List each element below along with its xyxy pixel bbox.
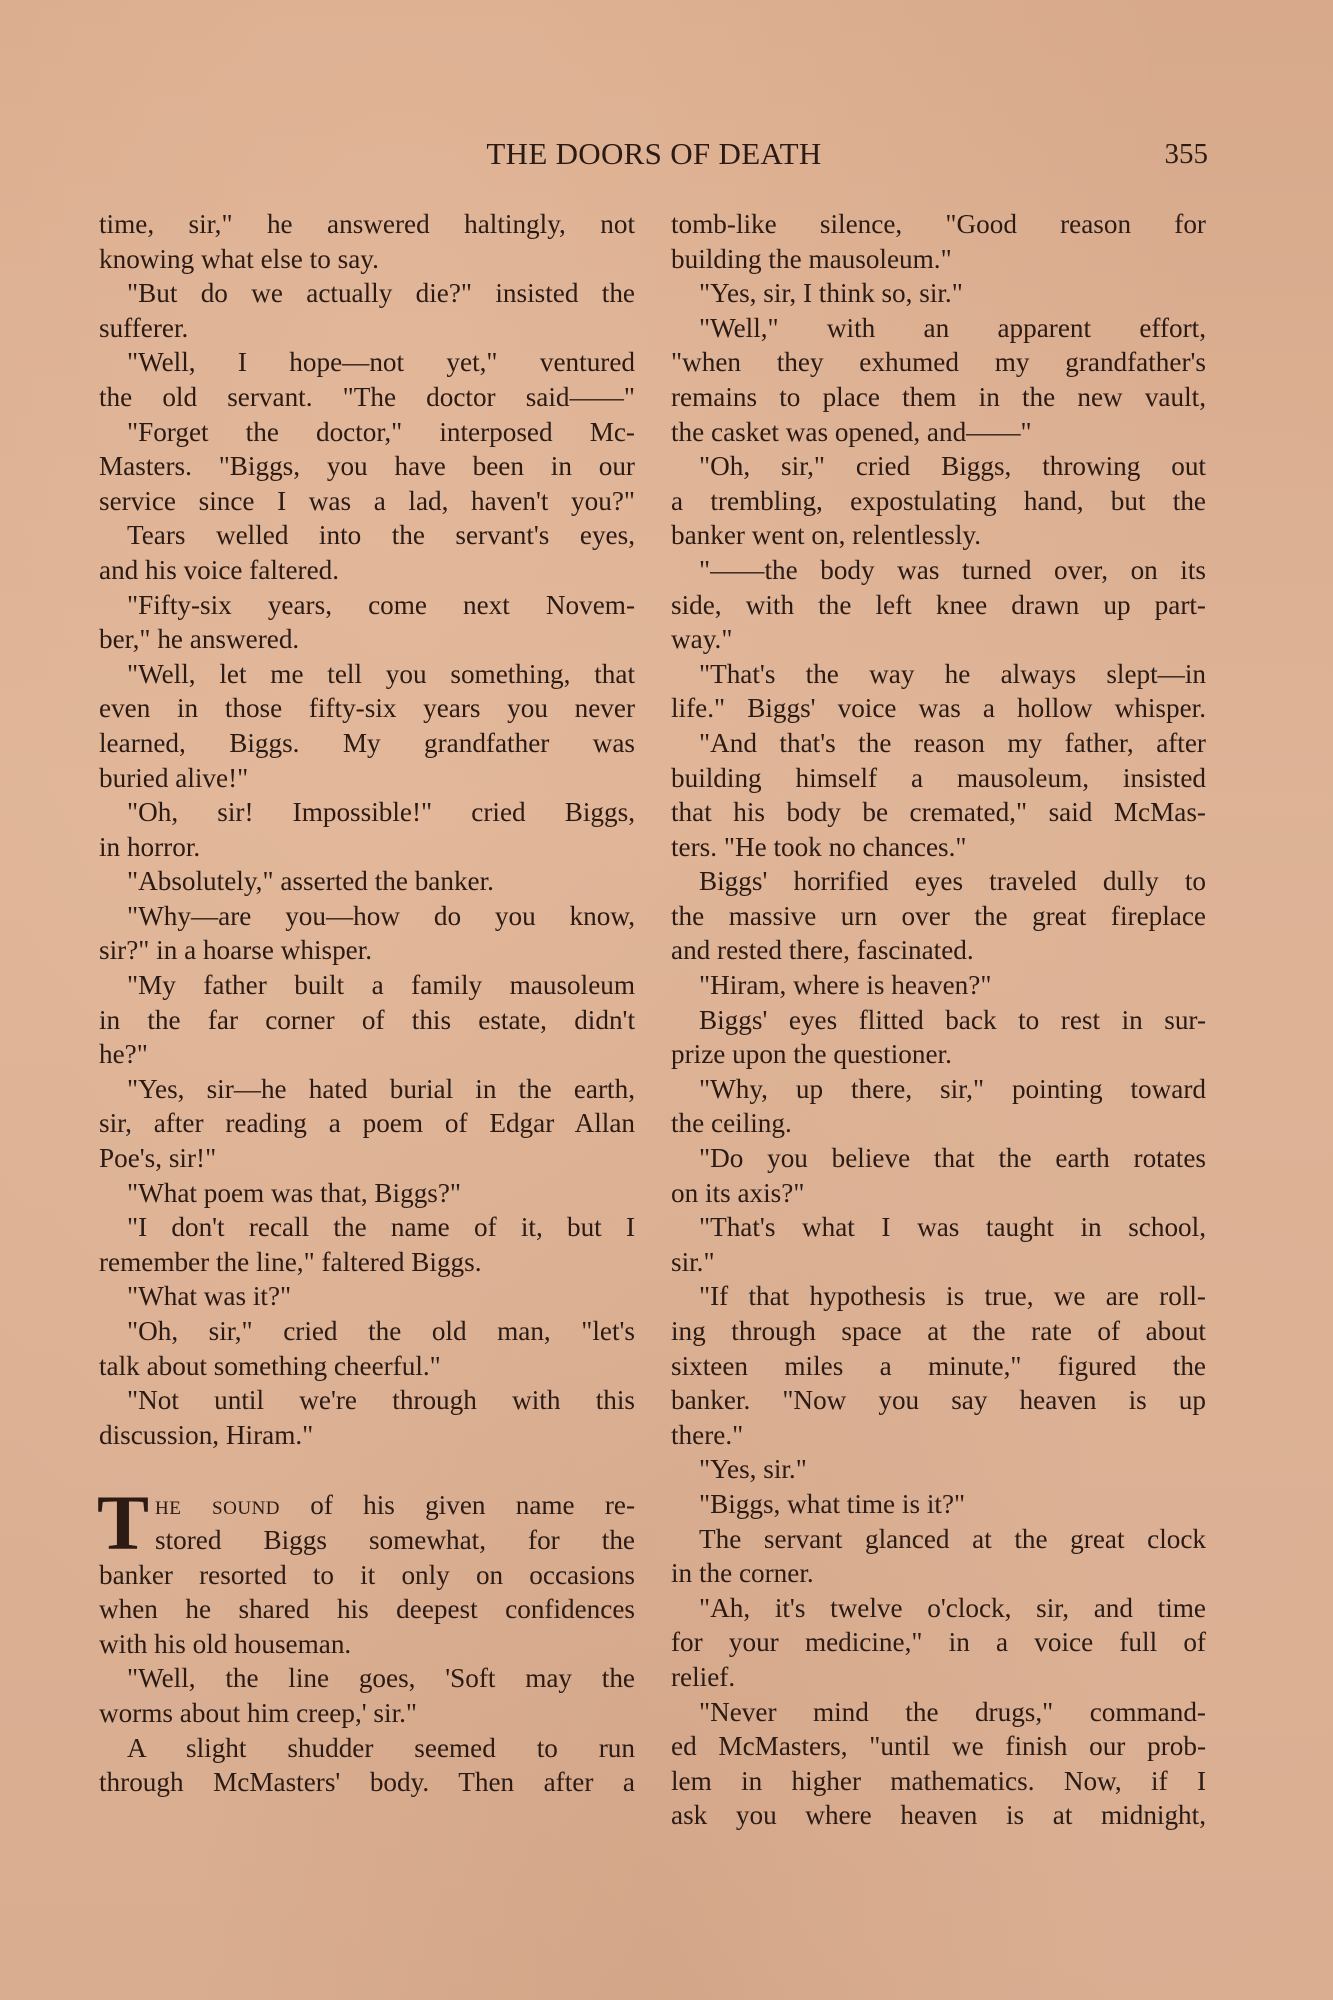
text-line: the casket was opened, and——" [671, 415, 1206, 450]
text-line: "Oh, sir! Impossible!" cried Biggs, [99, 795, 635, 830]
text-line: relief. [671, 1660, 1206, 1695]
text-line: sir." [671, 1245, 1206, 1280]
text-line: "Fifty-six years, come next Novem- [99, 588, 635, 623]
text-line: "Well, I hope—not yet," ventured [99, 345, 635, 380]
text-line: with his old houseman. [99, 1627, 635, 1662]
text-line: remember the line," faltered Biggs. [99, 1245, 635, 1280]
text-line: banker went on, relentlessly. [671, 518, 1206, 553]
text-line: ask you where heaven is at midnight, [671, 1798, 1206, 1833]
text-line: he?" [99, 1037, 635, 1072]
text-line: "Absolutely," asserted the banker. [99, 864, 635, 899]
text-line: "Well," with an apparent effort, [671, 311, 1206, 346]
text-line: building the mausoleum." [671, 242, 1206, 277]
text-line: "Hiram, where is heaven?" [671, 968, 1206, 1003]
text-line: Biggs' eyes flitted back to rest in sur- [671, 1003, 1206, 1038]
text-line: "But do we actually die?" insisted the [99, 276, 635, 311]
text-line: building himself a mausoleum, insisted [671, 761, 1206, 796]
text-line: ed McMasters, "until we finish our prob- [671, 1729, 1206, 1764]
text-line: prize upon the questioner. [671, 1037, 1206, 1072]
text-line: on its axis?" [671, 1176, 1206, 1211]
text-line: "That's what I was taught in school, [671, 1210, 1206, 1245]
text-line: "If that hypothesis is true, we are roll… [671, 1279, 1206, 1314]
text-line: "My father built a family mausoleum [99, 968, 635, 1003]
text-line: sir, after reading a poem of Edgar Allan [99, 1106, 635, 1141]
text-line: Tears welled into the servant's eyes, [99, 518, 635, 553]
text-line: "Yes, sir—he hated burial in the earth, [99, 1072, 635, 1107]
text-line: the ceiling. [671, 1106, 1206, 1141]
text-line: side, with the left knee drawn up part- [671, 588, 1206, 623]
section-opening: T he sound of his given name re- stored … [99, 1488, 635, 1799]
right-column: tomb-like silence, "Good reason for buil… [671, 207, 1206, 1833]
first-line-rest: of his given name re- [310, 1490, 635, 1520]
text-line: talk about something cheerful." [99, 1349, 635, 1384]
text-line: even in those fifty-six years you never [99, 691, 635, 726]
drop-cap: T [97, 1490, 149, 1556]
text-line: sixteen miles a minute," figured the [671, 1349, 1206, 1384]
text-line: ing through space at the rate of about [671, 1314, 1206, 1349]
text-line: The servant glanced at the great clock [671, 1522, 1206, 1557]
text-line: time, sir," he answered haltingly, not [99, 207, 635, 242]
text-line: "I don't recall the name of it, but I [99, 1210, 635, 1245]
text-line: a trembling, expostulating hand, but the [671, 484, 1206, 519]
text-line: "——the body was turned over, on its [671, 553, 1206, 588]
text-line: "Do you believe that the earth rotates [671, 1141, 1206, 1176]
text-line: in the corner. [671, 1556, 1206, 1591]
text-line: "when they exhumed my grandfather's [671, 345, 1206, 380]
text-line: Poe's, sir!" [99, 1141, 635, 1176]
text-line: tomb-like silence, "Good reason for [671, 207, 1206, 242]
text-line: there." [671, 1418, 1206, 1453]
text-line: "What poem was that, Biggs?" [99, 1176, 635, 1211]
text-line: ters. "He took no chances." [671, 830, 1206, 865]
text-line: discussion, Hiram." [99, 1418, 635, 1453]
text-line: when he shared his deepest confidences [99, 1592, 635, 1627]
text-line: "Yes, sir." [671, 1452, 1206, 1487]
text-line: "Yes, sir, I think so, sir." [671, 276, 1206, 311]
text-line: "Biggs, what time is it?" [671, 1487, 1206, 1522]
text-line: that his body be cremated," said McMas- [671, 795, 1206, 830]
text-line: Biggs' horrified eyes traveled dully to [671, 864, 1206, 899]
text-line: knowing what else to say. [99, 242, 635, 277]
text-line: the old servant. "The doctor said——" [99, 380, 635, 415]
text-line: for your medicine," in a voice full of [671, 1625, 1206, 1660]
running-head: THE DOORS OF DEATH 355 [100, 136, 1208, 176]
text-line: "Well, let me tell you something, that [99, 657, 635, 692]
text-line: sufferer. [99, 311, 635, 346]
page-number: 355 [1165, 138, 1209, 171]
text-line: way." [671, 622, 1206, 657]
section-break [99, 1452, 635, 1488]
text-line: the massive urn over the great fireplace [671, 899, 1206, 934]
text-line: "That's the way he always slept—in [671, 657, 1206, 692]
text-line: "And that's the reason my father, after [671, 726, 1206, 761]
text-line: sir?" in a hoarse whisper. [99, 933, 635, 968]
text-line: "Well, the line goes, 'Soft may the [99, 1661, 635, 1696]
text-line: worms about him creep,' sir." [99, 1696, 635, 1731]
text-line: banker resorted to it only on occasions [99, 1558, 635, 1593]
text-line: "Oh, sir," cried the old man, "let's [99, 1314, 635, 1349]
text-line: "Why, up there, sir," pointing toward [671, 1072, 1206, 1107]
text-line: lem in higher mathematics. Now, if I [671, 1764, 1206, 1799]
text-line: buried alive!" [99, 761, 635, 796]
text-line: "Never mind the drugs," command- [671, 1695, 1206, 1730]
text-line: A slight shudder seemed to run [99, 1731, 635, 1766]
text-line: in the far corner of this estate, didn't [99, 1003, 635, 1038]
text-line: and his voice faltered. [99, 553, 635, 588]
text-line: and rested there, fascinated. [671, 933, 1206, 968]
text-line: learned, Biggs. My grandfather was [99, 726, 635, 761]
text-line: remains to place them in the new vault, [671, 380, 1206, 415]
text-line: in horror. [99, 830, 635, 865]
text-line: life." Biggs' voice was a hollow whisper… [671, 691, 1206, 726]
text-line: "Not until we're through with this [99, 1383, 635, 1418]
text-line: banker. "Now you say heaven is up [671, 1383, 1206, 1418]
text-line: through McMasters' body. Then after a [99, 1765, 635, 1800]
text-line: "Oh, sir," cried Biggs, throwing out [671, 449, 1206, 484]
text-line: "Why—are you—how do you know, [99, 899, 635, 934]
text-line: stored Biggs somewhat, for the [99, 1523, 635, 1558]
text-line: Masters. "Biggs, you have been in our [99, 449, 635, 484]
left-column: time, sir," he answered haltingly, not k… [99, 207, 635, 1800]
text-line: "Ah, it's twelve o'clock, sir, and time [671, 1591, 1206, 1626]
smallcaps-lead: he sound [155, 1490, 280, 1520]
text-line: service since I was a lad, haven't you?" [99, 484, 635, 519]
text-line: "What was it?" [99, 1279, 635, 1314]
text-line: "Forget the doctor," interposed Mc- [99, 415, 635, 450]
book-page: THE DOORS OF DEATH 355 time, sir," he an… [0, 0, 1333, 2000]
running-title: THE DOORS OF DEATH [100, 136, 1208, 172]
text-line: he sound of his given name re- [99, 1488, 635, 1523]
text-line: ber," he answered. [99, 622, 635, 657]
